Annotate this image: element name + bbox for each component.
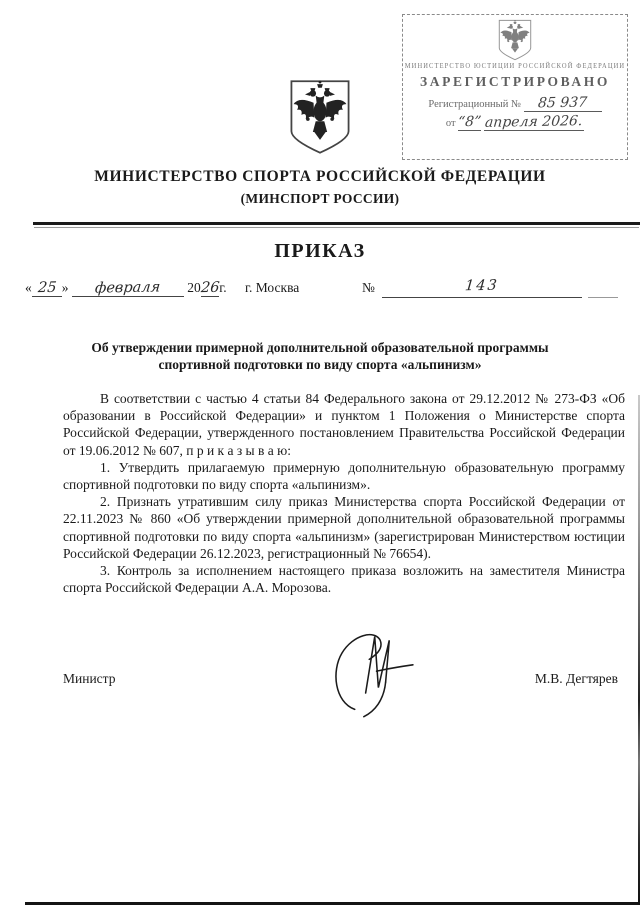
quote-close: »	[62, 280, 69, 295]
order-number-sign: №	[362, 280, 375, 296]
order-subject: Об утверждении примерной дополнительной …	[60, 339, 580, 373]
letterhead-divider	[33, 222, 640, 225]
order-date-month-handwritten: февраля	[95, 279, 162, 296]
minister-signature-icon	[322, 627, 422, 719]
order-number-handwritten: 143	[464, 278, 499, 295]
stamp-date-line: от “8” апреля 2026.	[446, 114, 584, 131]
order-number-field: 143	[382, 278, 582, 298]
order-date-year-prefix: 20	[187, 280, 201, 295]
document-page: МИНИСТЕРСТВО ЮСТИЦИИ РОССИЙСКОЙ ФЕДЕРАЦИ…	[0, 0, 640, 905]
order-item-3: 3. Контроль за исполнением настоящего пр…	[63, 562, 625, 596]
stamp-registration-number: 85 937	[537, 95, 587, 112]
russia-coat-of-arms-icon	[284, 77, 356, 157]
order-date-line: «25» февраля 2026г. г. Москва № 143	[0, 278, 640, 304]
order-city-label: г. Москва	[245, 280, 299, 296]
stamp-registered-label: ЗАРЕГИСТРИРОВАНО	[420, 74, 610, 90]
ministry-name: МИНИСТЕРСТВО СПОРТА РОССИЙСКОЙ ФЕДЕРАЦИИ	[0, 168, 640, 186]
order-date-day-handwritten: 25	[37, 280, 57, 296]
order-body: В соответствии с частью 4 статьи 84 Феде…	[63, 390, 625, 596]
order-item-1: 1. Утвердить прилагаемую примерную допол…	[63, 459, 625, 493]
order-date-year-handwritten: 26	[200, 280, 220, 296]
minister-title: Министр	[63, 671, 115, 687]
justice-registration-stamp: МИНИСТЕРСТВО ЮСТИЦИИ РОССИЙСКОЙ ФЕДЕРАЦИ…	[402, 14, 628, 160]
stamp-agency-label: МИНИСТЕРСТВО ЮСТИЦИИ РОССИЙСКОЙ ФЕДЕРАЦИ…	[405, 62, 625, 70]
order-intro-paragraph: В соответствии с частью 4 статьи 84 Феде…	[63, 390, 625, 459]
document-type-title: ПРИКАЗ	[0, 240, 640, 263]
stamp-date-month-year: апреля 2026.	[485, 113, 584, 131]
order-item-2: 2. Признать утратившим силу приказ Минис…	[63, 493, 625, 562]
stamp-date-prefix: от	[446, 118, 456, 129]
order-number-line-tail	[588, 297, 618, 298]
stamp-date-day: “8”	[458, 114, 483, 130]
order-date: «25» февраля 2026г.	[25, 280, 227, 297]
stamp-eagle-icon	[495, 18, 535, 62]
stamp-registration-line: Регистрационный № 85 937	[428, 95, 601, 112]
order-subject-line2: спортивной подготовки по виду спорта «ал…	[60, 356, 580, 373]
quote-open: «	[25, 280, 32, 295]
ministry-short-name: (МИНСПОРТ РОССИИ)	[0, 191, 640, 207]
order-subject-line1: Об утверждении примерной дополнительной …	[60, 339, 580, 356]
order-date-year-suffix: г.	[219, 280, 226, 295]
minister-name: М.В. Дегтярев	[535, 671, 618, 687]
stamp-registration-label: Регистрационный №	[428, 99, 521, 110]
